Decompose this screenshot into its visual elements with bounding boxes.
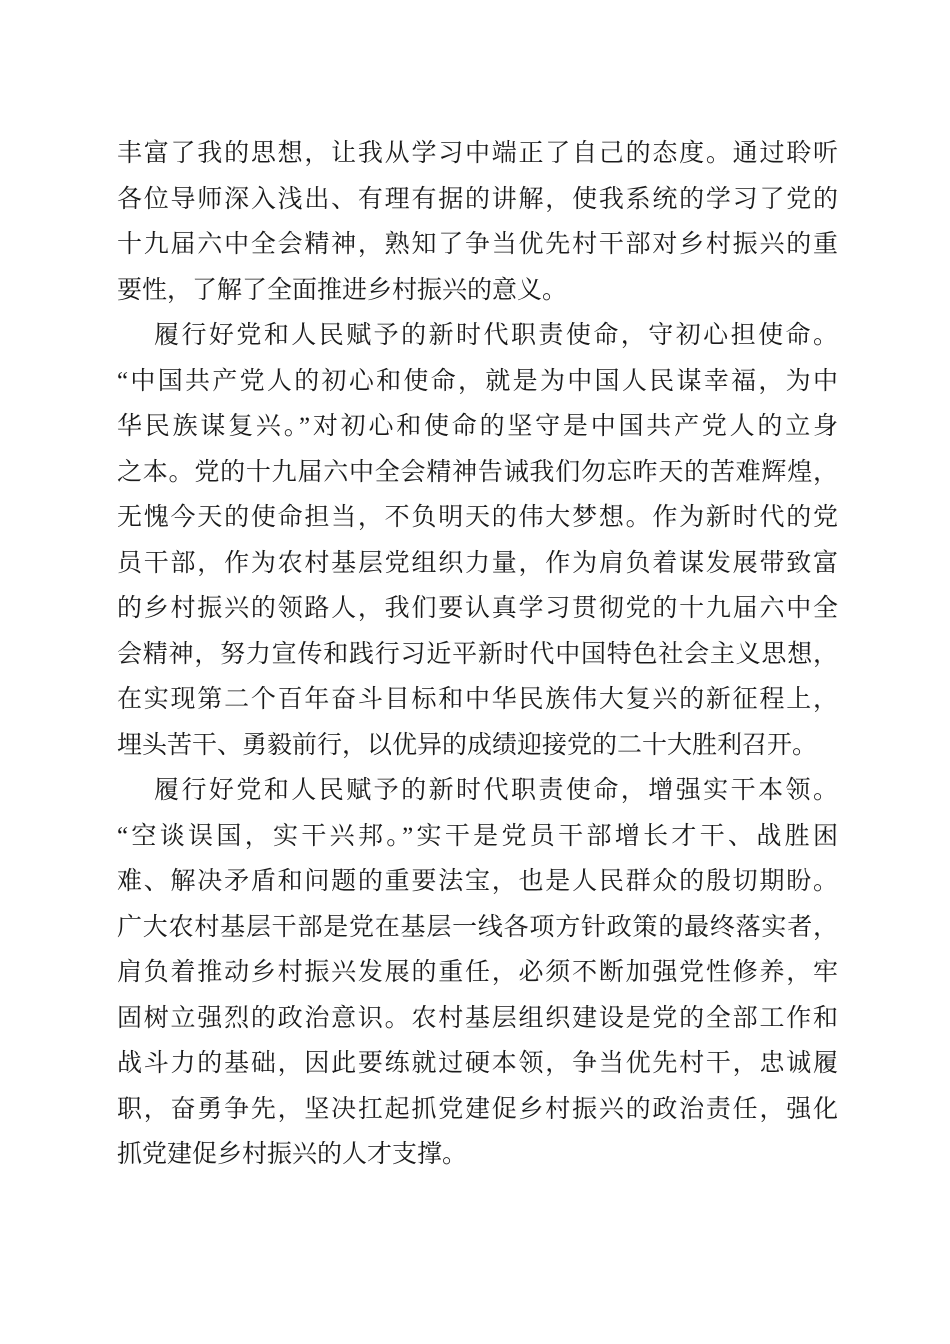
text-line: 会精神，努力宣传和践行习近平新时代中国特色社会主义思想， [117,632,838,678]
text-line: “中国共产党人的初心和使命，就是为中国人民谋幸福，为中 [117,359,838,405]
text-line: 履行好党和人民赋予的新时代职责使命，增强实干本领。 [117,768,838,814]
text-line: 的乡村振兴的领路人，我们要认真学习贯彻党的十九届六中全 [117,586,838,632]
text-line: 抓党建促乡村振兴的人才支撑。 [117,1132,838,1178]
text-line: 十九届六中全会精神，熟知了争当优先村干部对乡村振兴的重 [117,222,838,268]
text-line: 履行好党和人民赋予的新时代职责使命，守初心担使命。 [117,313,838,359]
text-line: 之本。党的十九届六中全会精神告诫我们勿忘昨天的苦难辉煌， [117,450,838,496]
text-line: “空谈误国，实干兴邦。”实干是党员干部增长才干、战胜困 [117,814,838,860]
text-line: 难、解决矛盾和问题的重要法宝，也是人民群众的殷切期盼。 [117,859,838,905]
text-line: 埋头苦干、勇毅前行，以优异的成绩迎接党的二十大胜利召开。 [117,723,838,769]
text-line: 无愧今天的使命担当，不负明天的伟大梦想。作为新时代的党 [117,495,838,541]
text-line: 各位导师深入浅出、有理有据的讲解，使我系统的学习了党的 [117,177,838,223]
text-line: 丰富了我的思想，让我从学习中端正了自己的态度。通过聆听 [117,131,838,177]
document-text: 丰富了我的思想，让我从学习中端正了自己的态度。通过聆听各位导师深入浅出、有理有据… [117,131,838,1178]
text-line: 固树立强烈的政治意识。农村基层组织建设是党的全部工作和 [117,996,838,1042]
text-line: 职，奋勇争先，坚决扛起抓党建促乡村振兴的政治责任，强化 [117,1087,838,1133]
text-line: 华民族谋复兴。”对初心和使命的坚守是中国共产党人的立身 [117,404,838,450]
text-line: 战斗力的基础，因此要练就过硬本领，争当优先村干，忠诚履 [117,1041,838,1087]
text-line: 员干部，作为农村基层党组织力量，作为肩负着谋发展带致富 [117,541,838,587]
text-line: 广大农村基层干部是党在基层一线各项方针政策的最终落实者， [117,905,838,951]
text-line: 肩负着推动乡村振兴发展的重任，必须不断加强党性修养，牢 [117,950,838,996]
document-page: 丰富了我的思想，让我从学习中端正了自己的态度。通过聆听各位导师深入浅出、有理有据… [0,0,950,1344]
text-line: 要性，了解了全面推进乡村振兴的意义。 [117,268,838,314]
text-line: 在实现第二个百年奋斗目标和中华民族伟大复兴的新征程上， [117,677,838,723]
